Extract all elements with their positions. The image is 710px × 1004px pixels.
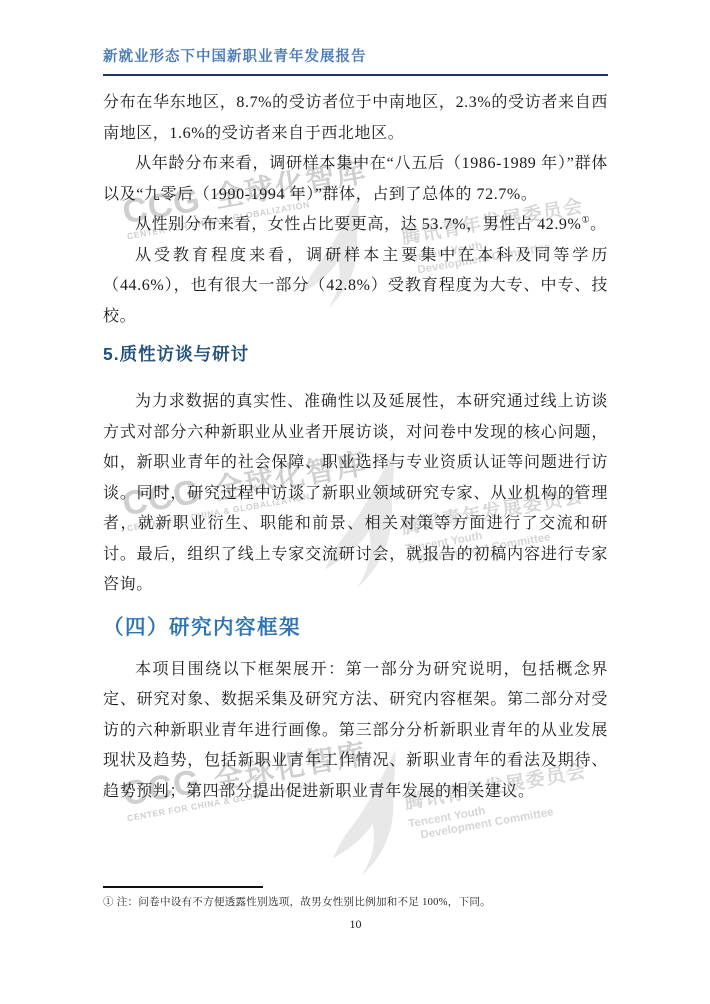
footnote: ① 注：问卷中设有不方便透露性别选项，故男女性别比例加和不足 100%，下同。	[103, 896, 608, 910]
page-content: 新就业形态下中国新职业青年发展报告 分布在华东地区，8.7%的受访者位于中南地区…	[103, 0, 608, 807]
gender-text: 从性别分布来看，女性占比要更高，达 53.7%，男性占 42.9%	[135, 216, 581, 233]
running-header-title: 新就业形态下中国新职业青年发展报告	[103, 47, 608, 76]
section-heading-research-framework: （四）研究内容框架	[103, 613, 608, 643]
paragraph-education: 从受教育程度来看，调研样本主要集中在本科及同等学历（44.6%），也有很大一部分…	[103, 241, 608, 333]
footnote-marker: ①	[103, 897, 114, 908]
gender-text-end: 。	[590, 216, 607, 233]
paragraph-interview-method: 为力求数据的真实性、准确性以及延展性，本研究通过线上访谈方式对部分六种新职业从业…	[103, 387, 608, 601]
paragraph-gender-distribution: 从性别分布来看，女性占比要更高，达 53.7%，男性占 42.9%①。	[103, 210, 608, 241]
footnote-text: 注：问卷中设有不方便透露性别选项，故男女性别比例加和不足 100%，下同。	[117, 897, 491, 908]
footnote-separator-rule	[103, 886, 263, 888]
page-footer: ① 注：问卷中设有不方便透露性别选项，故男女性别比例加和不足 100%，下同。 …	[103, 886, 608, 932]
page-number: 10	[103, 917, 608, 932]
document-page: CCG 全球化智库 CENTER FOR CHINA & GLOBALIZATI…	[0, 0, 710, 1004]
paragraph-age-distribution: 从年龄分布来看，调研样本集中在“八五后（1986-1989 年）”群体以及“九零…	[103, 149, 608, 210]
paragraph-region-distribution: 分布在华东地区，8.7%的受访者位于中南地区，2.3%的受访者来自西南地区，1.…	[103, 88, 608, 149]
footnote-reference-mark: ①	[581, 215, 590, 225]
paragraph-framework: 本项目围绕以下框架展开：第一部分为研究说明，包括概念界定、研究对象、数据采集及研…	[103, 655, 608, 808]
section-heading-qualitative-interview: 5.质性访谈与研讨	[103, 341, 608, 368]
